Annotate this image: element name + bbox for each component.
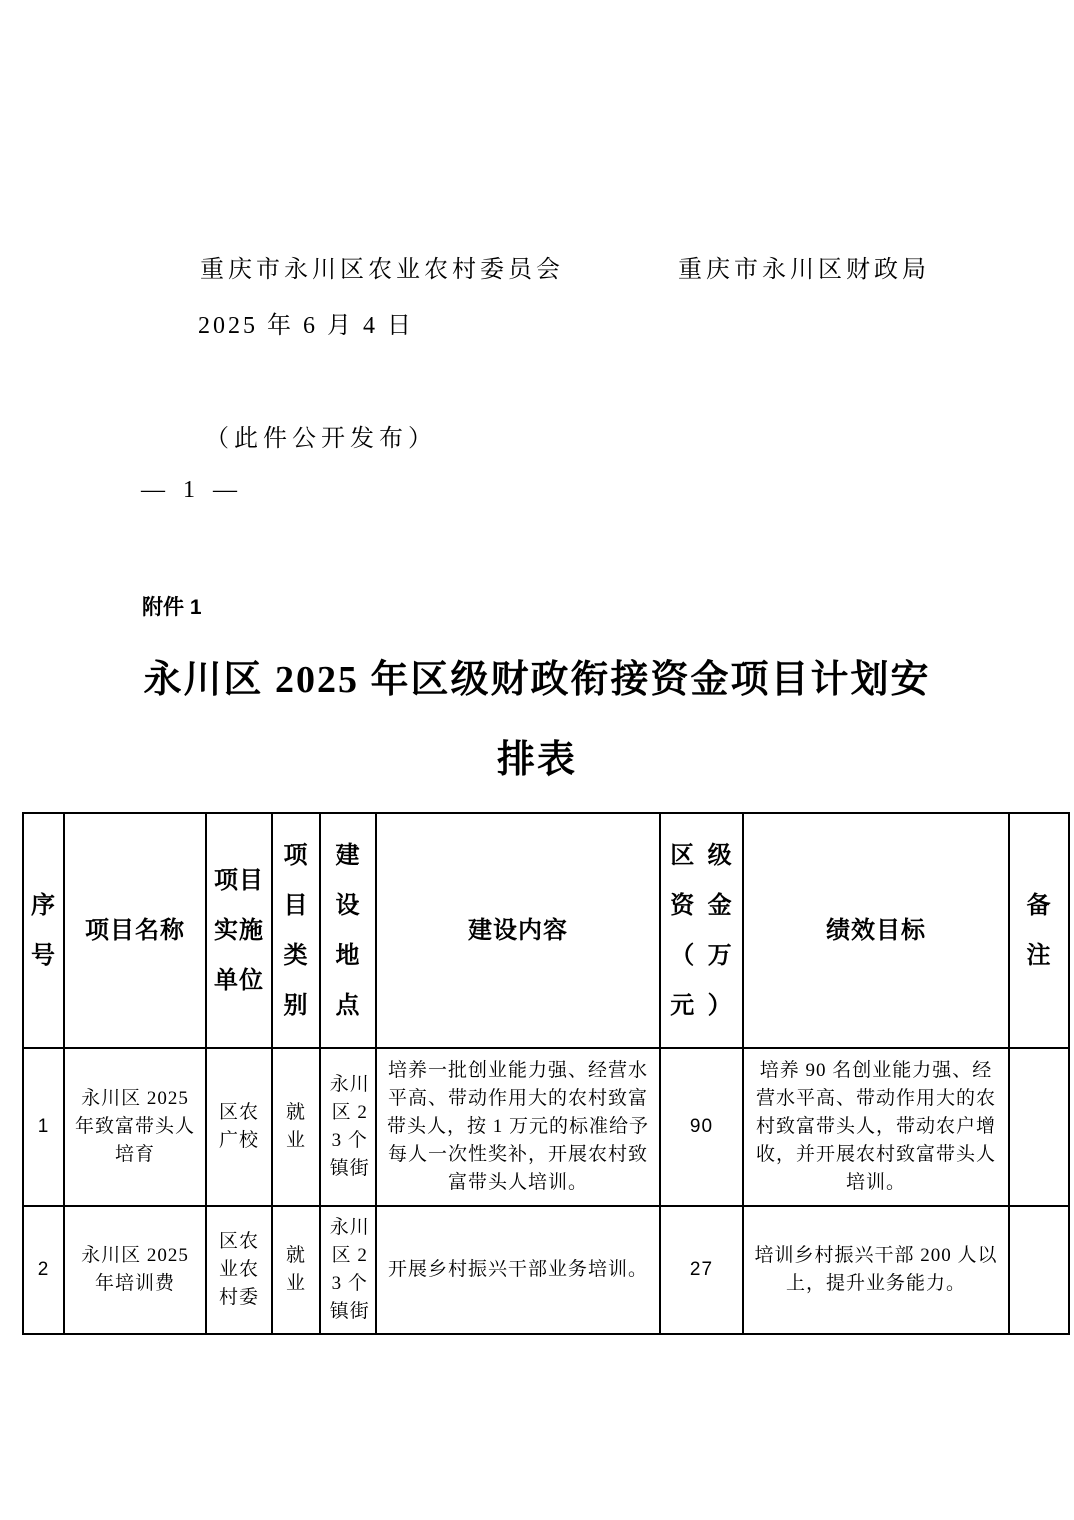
- header-remarks: 备注: [1009, 813, 1069, 1048]
- cell-construction-content: 培养一批创业能力强、经营水平高、带动作用大的农村致富带头人，按 1 万元的标准给…: [376, 1048, 660, 1206]
- cell-performance-target: 培训乡村振兴干部 200 人以上，提升业务能力。: [743, 1206, 1009, 1334]
- document-title: 永川区 2025 年区级财政衔接资金项目计划安排表: [127, 640, 947, 800]
- cell-seq: 1: [23, 1048, 64, 1206]
- document-date: 2025 年 6 月 4 日: [198, 310, 414, 342]
- cell-district-funds: 90: [660, 1048, 743, 1206]
- header-district-funds: 区级资金（万元）: [660, 813, 743, 1048]
- cell-performance-target: 培养 90 名创业能力强、经营水平高、带动作用大的农村致富带头人，带动农户增收，…: [743, 1048, 1009, 1206]
- attachment-label: 附件 1: [142, 594, 202, 622]
- header-seq: 序号: [23, 813, 64, 1048]
- cell-project-type: 就业: [272, 1048, 320, 1206]
- header-performance-target: 绩效目标: [743, 813, 1009, 1048]
- cell-construction-content: 开展乡村振兴干部业务培训。: [376, 1206, 660, 1334]
- cell-district-funds: 27: [660, 1206, 743, 1334]
- header-construction-site: 建设地点: [320, 813, 376, 1048]
- signature-row: 重庆市永川区农业农村委员会 重庆市永川区财政局: [200, 254, 930, 286]
- header-row: 序号 项目名称 项目实施单位 项目类别 建设地点 建设内容 区级资金（万元） 绩…: [23, 813, 1069, 1048]
- projects-table: 序号 项目名称 项目实施单位 项目类别 建设地点 建设内容 区级资金（万元） 绩…: [22, 812, 1070, 1335]
- cell-implementing-unit: 区农业农村委: [206, 1206, 272, 1334]
- signatory-right: 重庆市永川区财政局: [678, 254, 930, 286]
- table-row: 1 永川区 2025 年致富带头人培育 区农广校 就业 永川区 23 个镇街 培…: [23, 1048, 1069, 1206]
- page-number: — 1 —: [141, 474, 243, 506]
- cell-seq: 2: [23, 1206, 64, 1334]
- cell-construction-site: 永川区 23 个镇街: [320, 1206, 376, 1334]
- header-project-type: 项目类别: [272, 813, 320, 1048]
- cell-remarks: [1009, 1048, 1069, 1206]
- signatory-left: 重庆市永川区农业农村委员会: [200, 254, 564, 286]
- header-implementing-unit: 项目实施单位: [206, 813, 272, 1048]
- publish-note: （此件公开发布）: [205, 423, 437, 455]
- header-project-name: 项目名称: [64, 813, 206, 1048]
- cell-project-name: 永川区 2025 年致富带头人培育: [64, 1048, 206, 1206]
- cell-remarks: [1009, 1206, 1069, 1334]
- cell-project-name: 永川区 2025 年培训费: [64, 1206, 206, 1334]
- cell-project-type: 就业: [272, 1206, 320, 1334]
- document-page: 重庆市永川区农业农村委员会 重庆市永川区财政局 2025 年 6 月 4 日 （…: [0, 0, 1074, 1520]
- table-row: 2 永川区 2025 年培训费 区农业农村委 就业 永川区 23 个镇街 开展乡…: [23, 1206, 1069, 1334]
- table-body: 1 永川区 2025 年致富带头人培育 区农广校 就业 永川区 23 个镇街 培…: [23, 1048, 1069, 1334]
- table-header: 序号 项目名称 项目实施单位 项目类别 建设地点 建设内容 区级资金（万元） 绩…: [23, 813, 1069, 1048]
- cell-implementing-unit: 区农广校: [206, 1048, 272, 1206]
- header-construction-content: 建设内容: [376, 813, 660, 1048]
- cell-construction-site: 永川区 23 个镇街: [320, 1048, 376, 1206]
